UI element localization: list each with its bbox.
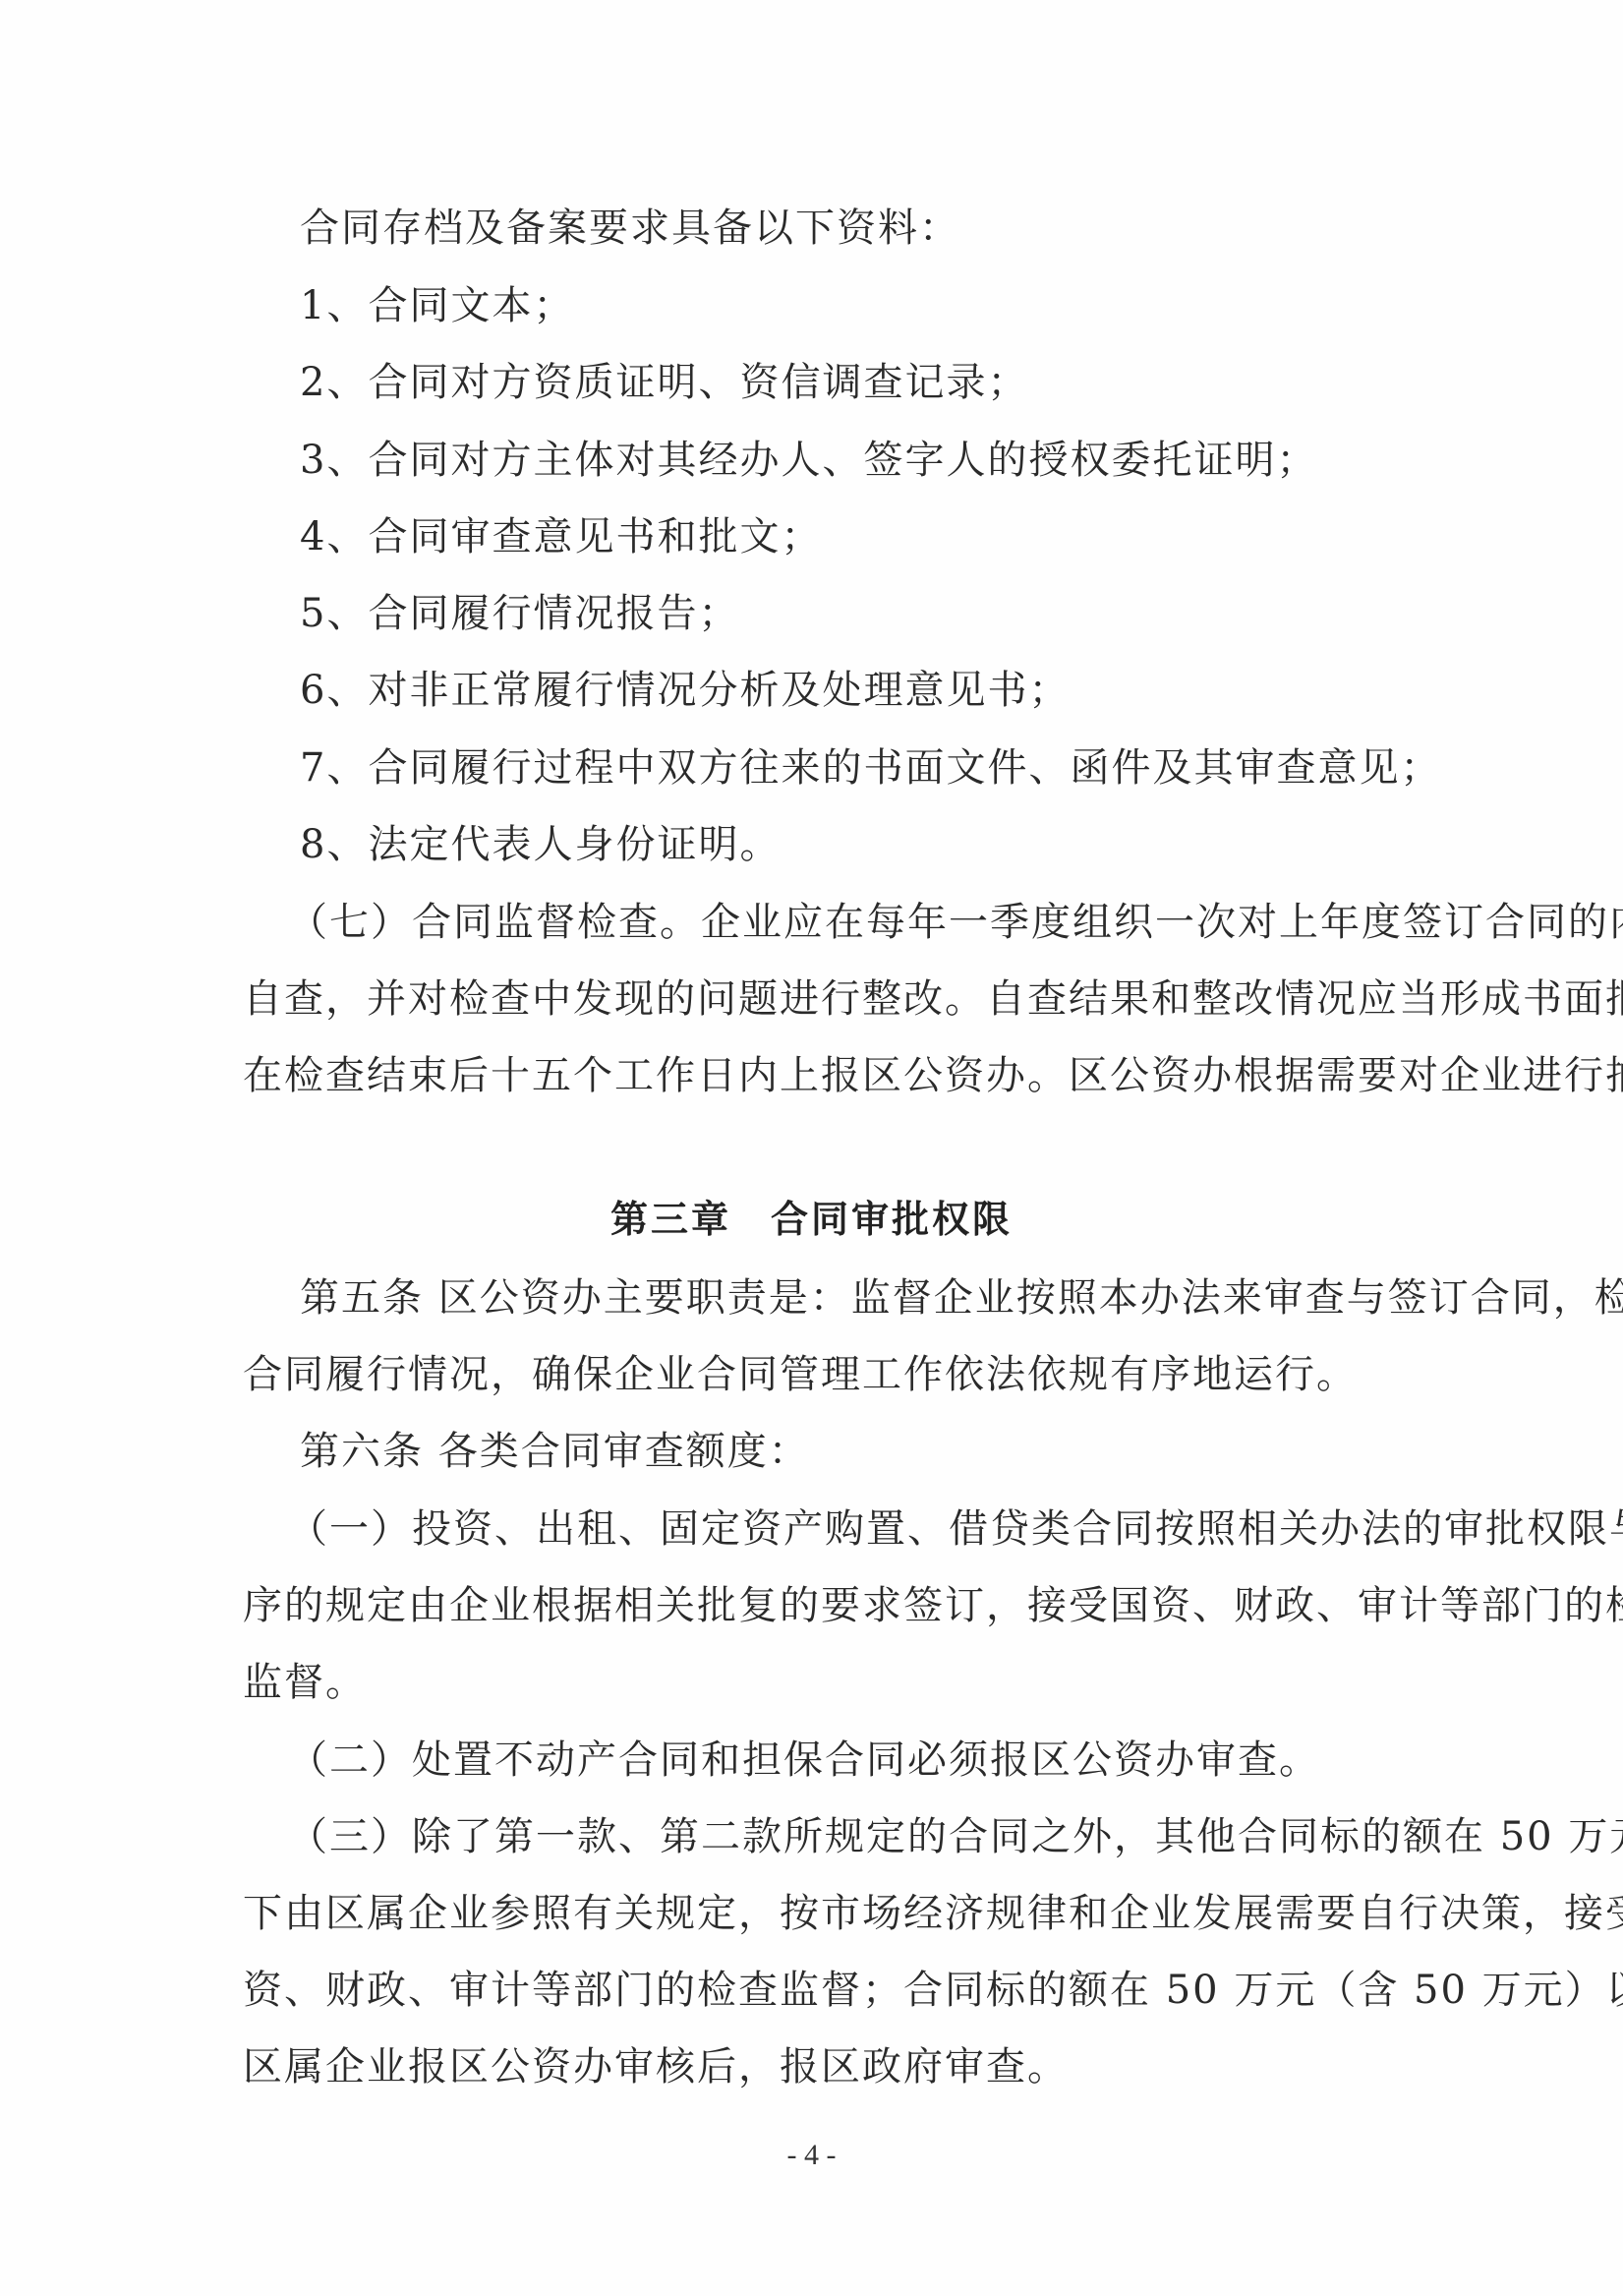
clause-1-line-3: 监督。 (243, 1653, 1399, 1712)
clause-1-line-1: （一）投资、出租、固定资产购置、借贷类合同按照相关办法的审批权限与程 (288, 1500, 1399, 1559)
clause-1-line-2: 序的规定由企业根据相关批复的要求签订，接受国资、财政、审计等部门的检查 (243, 1576, 1399, 1635)
chapter-heading: 第三章合同审批权限 (0, 1190, 1623, 1249)
clause-3-line-1: （三）除了第一款、第二款所规定的合同之外，其他合同标的额在 50 万元以 (288, 1807, 1399, 1866)
clause-3-line-4: 区属企业报区公资办审核后，报区政府审查。 (243, 2037, 1399, 2096)
archive-item-6: 6、对非正常履行情况分析及处理意见书； (300, 661, 1399, 720)
archive-intro: 合同存档及备案要求具备以下资料： (300, 199, 1399, 258)
article-5-line-1: 第五条 区公资办主要职责是：监督企业按照本办法来审查与签订合同，检查 (300, 1268, 1399, 1327)
clause-2-line-1: （二）处置不动产合同和担保合同必须报区公资办审查。 (288, 1731, 1399, 1790)
clause-3-line-3: 资、财政、审计等部门的检查监督；合同标的额在 50 万元（含 50 万元）以上由 (243, 1961, 1399, 2020)
section-7-line-2: 自查，并对检查中发现的问题进行整改。自查结果和整改情况应当形成书面报告 (243, 970, 1399, 1029)
clause-3-line-2: 下由区属企业参照有关规定，按市场经济规律和企业发展需要自行决策，接受国 (243, 1884, 1399, 1943)
archive-item-5: 5、合同履行情况报告； (300, 584, 1399, 643)
article-5-line-2: 合同履行情况，确保企业合同管理工作依法依规有序地运行。 (243, 1345, 1399, 1404)
archive-item-3: 3、合同对方主体对其经办人、签字人的授权委托证明； (300, 431, 1399, 490)
chapter-number: 第三章 (610, 1198, 731, 1241)
section-7-line-3: 在检查结束后十五个工作日内上报区公资办。区公资办根据需要对企业进行抽查。 (243, 1046, 1399, 1105)
archive-item-1: 1、合同文本； (300, 276, 1399, 335)
section-7-line-1: （七）合同监督检查。企业应在每年一季度组织一次对上年度签订合同的内部 (288, 893, 1399, 952)
chapter-title: 合同审批权限 (771, 1198, 1013, 1241)
article-6-intro: 第六条 各类合同审查额度： (300, 1422, 1399, 1481)
page-number: - 4 - (0, 2136, 1623, 2175)
archive-item-2: 2、合同对方资质证明、资信调查记录； (300, 353, 1399, 412)
archive-item-4: 4、合同审查意见书和批文； (300, 507, 1399, 566)
archive-item-7: 7、合同履行过程中双方往来的书面文件、函件及其审查意见； (300, 738, 1399, 797)
archive-item-8: 8、法定代表人身份证明。 (300, 815, 1399, 874)
document-page: 合同存档及备案要求具备以下资料： 1、合同文本； 2、合同对方资质证明、资信调查… (0, 0, 1623, 2296)
